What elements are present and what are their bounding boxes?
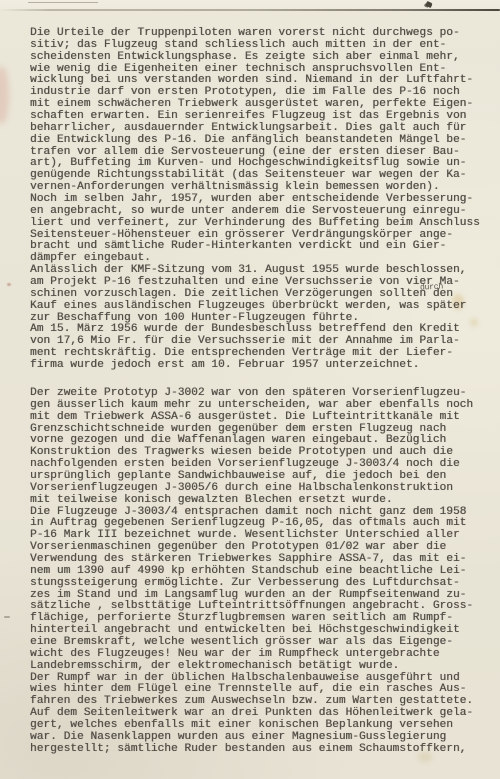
text-line: liert und verfeinert, zur Verhinderung d… bbox=[30, 218, 486, 230]
text-line: Kauf eines ausländischen Flugzeuges über… bbox=[30, 301, 486, 313]
text-line: die Entwicklung des P-16. Die anfänglich… bbox=[30, 135, 486, 147]
text-line: nem um 1390 auf 4990 kp erhöhten Standsc… bbox=[30, 566, 486, 578]
text-line: stungssteigerung ermöglichte. Zur Verbes… bbox=[30, 578, 486, 590]
text-line: hergestellt; sämtliche Ruder bestanden a… bbox=[30, 744, 486, 756]
text-line: firma wurde jedoch erst am 10. Februar 1… bbox=[30, 360, 486, 372]
text-line: Der zweite Prototyp J-3002 war von den s… bbox=[30, 388, 486, 400]
text-line: scheidensten Entwicklungsphase. Es zeigt… bbox=[30, 52, 486, 64]
document-text: Die Urteile der Truppenpiloten waren vor… bbox=[30, 28, 486, 756]
stain bbox=[4, 616, 10, 618]
text-line: sitiv; das Flugzeug stand schliesslich a… bbox=[30, 40, 486, 52]
page-edge-line bbox=[0, 9, 500, 11]
text-line: wicht des Flugzeuges! Neu war der im Rum… bbox=[30, 649, 486, 661]
page-edge-line-fragment bbox=[28, 2, 98, 3]
text-line: Landebremsschirm, der elektromechanisch … bbox=[30, 661, 486, 673]
stain bbox=[0, 66, 9, 124]
text-line: schinen vorzuschlagen. Die zeitlichen Ve… bbox=[30, 289, 486, 301]
text-line: gen äusserlich kaum mehr zu unterscheide… bbox=[30, 400, 486, 412]
paragraph-block: Der zweite Prototyp J-3002 war von den s… bbox=[30, 388, 486, 756]
scanned-page: Die Urteile der Truppenpiloten waren vor… bbox=[0, 0, 500, 779]
text-line: war. Die Nasenklappen wurden aus einer M… bbox=[30, 732, 486, 744]
stain bbox=[7, 283, 11, 286]
inserted-word-above-line: durch bbox=[420, 281, 444, 294]
text-line: mit teilweise konisch gewalzten Blechen … bbox=[30, 495, 486, 507]
text-line: beharrlicher, ausdauernder Entwicklungsa… bbox=[30, 123, 486, 135]
text-line: mit dem Triebwerk ASSA-6 ausgerüstet. Di… bbox=[30, 412, 486, 424]
paragraph-block: Die Urteile der Truppenpiloten waren vor… bbox=[30, 28, 486, 372]
text-line: Vorserienflugzeugen J-3005/6 durch eine … bbox=[30, 483, 486, 495]
text-line: en angebracht, so wurde unter anderem di… bbox=[30, 206, 486, 218]
